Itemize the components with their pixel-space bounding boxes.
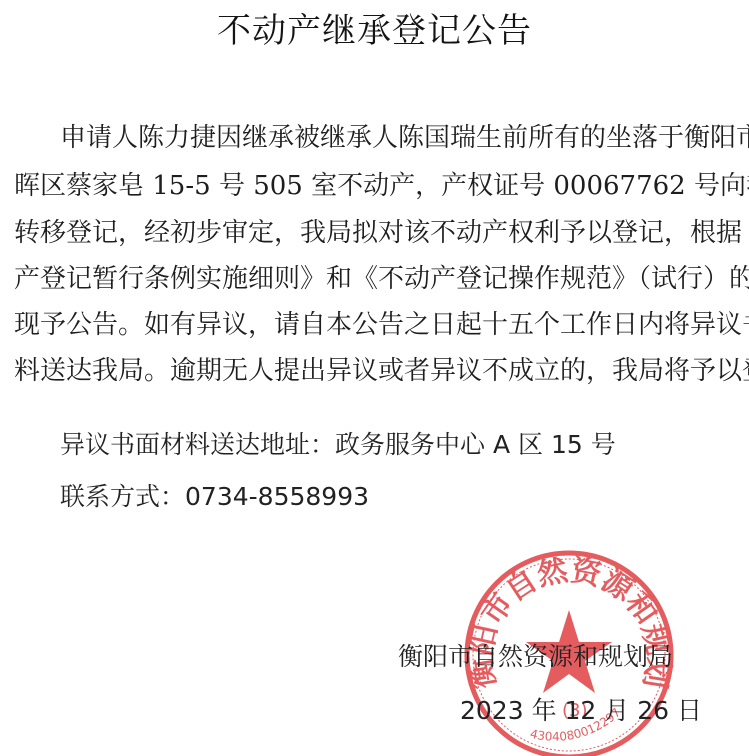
body-line-4: 产登记暂行条例实施细则》和《不动产登记操作规范》（试行）的规定， (14, 262, 719, 296)
contact-line: 联系方式：0734-8558993 (60, 480, 369, 514)
address-line: 异议书面材料送达地址：政务服务中心 A 区 15 号 (60, 428, 616, 462)
body-line-2: 晖区蔡家皂 15-5 号 505 室不动产，产权证号 00067762 号向我局… (14, 169, 719, 203)
page-title: 不动产继承登记公告 (0, 6, 749, 56)
address-label: 异议书面材料送达地址： (60, 430, 335, 459)
body-line-1: 申请人陈力捷因继承被继承人陈国瑞生前所有的坐落于衡阳市珠 (60, 121, 719, 155)
body-line-5: 现予公告。如有异议，请自本公告之日起十五个工作日内将异议书面材 (14, 308, 719, 342)
issuer-signature: 衡阳市自然资源和规划局 (398, 640, 673, 674)
body-line-6: 料送达我局。逾期无人提出异议或者异议不成立的，我局将予以登记。 (14, 354, 719, 388)
address-value: 政务服务中心 A 区 15 号 (335, 430, 616, 459)
issue-date: 2023 年 12 月 26 日 (460, 694, 702, 728)
contact-label: 联系方式： (60, 482, 185, 511)
contact-value: 0734-8558993 (185, 482, 369, 511)
body-line-3: 转移登记，经初步审定，我局拟对该不动产权利予以登记，根据《不动 (14, 216, 719, 250)
